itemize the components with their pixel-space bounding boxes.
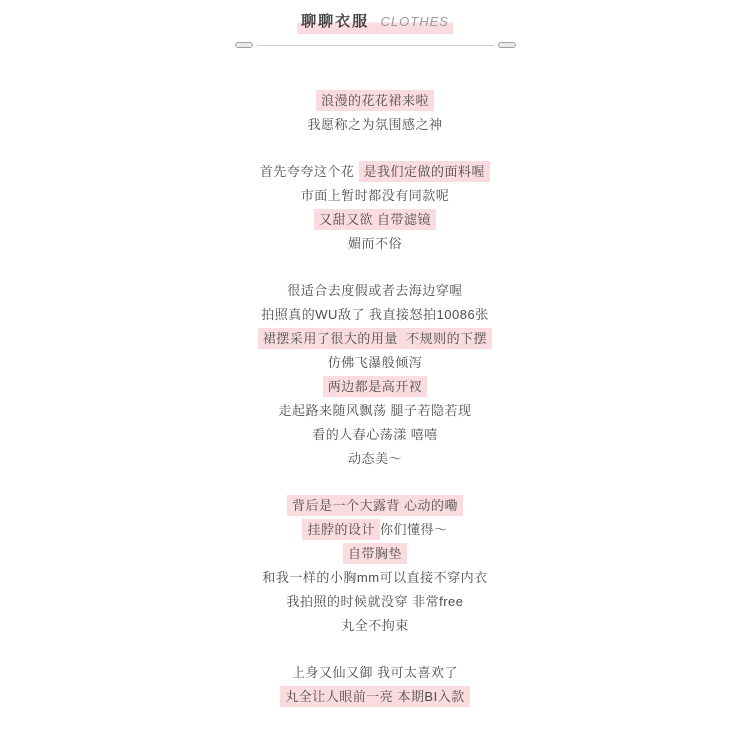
text-line: 丸全让人眼前一亮 本期BI入款 bbox=[0, 685, 750, 709]
text-line: 裙摆采用了很大的用量 不规则的下摆 bbox=[0, 327, 750, 351]
text-line: 看的人春心荡漾 嘻嘻 bbox=[0, 423, 750, 447]
section-header: 聊聊衣服 CLOTHES bbox=[0, 0, 750, 49]
highlighted-text: 自带胸垫 bbox=[343, 543, 407, 564]
plain-text: 上身又仙又御 我可太喜欢了 bbox=[292, 662, 458, 683]
description-text: 浪漫的花花裙来啦我愿称之为氛围感之神首先夸夸这个花 是我们定做的面料喔市面上暂时… bbox=[0, 89, 750, 709]
plain-text: 拍照真的WU敌了 我直接怒拍10086张 bbox=[261, 304, 488, 325]
plain-text: 我拍照的时候就没穿 非常free bbox=[286, 591, 463, 612]
plain-text: 我愿称之为氛围感之神 bbox=[307, 114, 442, 135]
text-line: 两边都是高开衩 bbox=[0, 375, 750, 399]
text-section: 首先夸夸这个花 是我们定做的面料喔市面上暂时都没有同款呢又甜又欲 自带滤镜媚而不… bbox=[0, 160, 750, 256]
plain-text: 仿佛飞瀑般倾泻 bbox=[328, 352, 423, 373]
highlighted-text: 背后是一个大露背 心动的嘞 bbox=[287, 495, 463, 516]
page-title: 聊聊衣服 bbox=[301, 13, 369, 30]
text-section: 上身又仙又御 我可太喜欢了丸全让人眼前一亮 本期BI入款 bbox=[0, 661, 750, 709]
highlighted-text: 裙摆采用了很大的用量 不规则的下摆 bbox=[258, 328, 492, 349]
text-line: 自带胸垫 bbox=[0, 542, 750, 566]
text-line: 我愿称之为氛围感之神 bbox=[0, 113, 750, 137]
text-line: 上身又仙又御 我可太喜欢了 bbox=[0, 661, 750, 685]
page-subtitle: CLOTHES bbox=[381, 14, 449, 29]
plain-text: 市面上暂时都没有同款呢 bbox=[301, 185, 450, 206]
title-line: 聊聊衣服 CLOTHES bbox=[0, 12, 750, 34]
text-line: 媚而不俗 bbox=[0, 232, 750, 256]
plain-text: 和我一样的小胸mm可以直接不穿内衣 bbox=[262, 567, 487, 588]
text-line: 丸全不拘束 bbox=[0, 614, 750, 638]
text-section: 很适合去度假或者去海边穿喔拍照真的WU敌了 我直接怒拍10086张裙摆采用了很大… bbox=[0, 279, 750, 471]
divider-rule bbox=[257, 45, 494, 46]
text-line: 市面上暂时都没有同款呢 bbox=[0, 184, 750, 208]
divider-right-cap bbox=[498, 42, 516, 48]
text-line: 背后是一个大露背 心动的嘞 bbox=[0, 494, 750, 518]
text-line: 走起路来随风飘荡 腿子若隐若现 bbox=[0, 399, 750, 423]
divider bbox=[0, 41, 750, 49]
text-line: 又甜又欲 自带滤镜 bbox=[0, 208, 750, 232]
product-description-page: 聊聊衣服 CLOTHES 浪漫的花花裙来啦我愿称之为氛围感之神首先夸夸这个花 是… bbox=[0, 0, 750, 750]
highlighted-text: 丸全让人眼前一亮 本期BI入款 bbox=[280, 686, 469, 707]
plain-text: 很适合去度假或者去海边穿喔 bbox=[287, 280, 463, 301]
plain-text: 看的人春心荡漾 嘻嘻 bbox=[312, 424, 438, 445]
text-section: 背后是一个大露背 心动的嘞挂脖的设计你们懂得～自带胸垫和我一样的小胸mm可以直接… bbox=[0, 494, 750, 638]
plain-text: 动态美～ bbox=[348, 448, 402, 469]
highlighted-text: 浪漫的花花裙来啦 bbox=[316, 90, 434, 111]
text-line: 首先夸夸这个花 是我们定做的面料喔 bbox=[0, 160, 750, 184]
text-line: 和我一样的小胸mm可以直接不穿内衣 bbox=[0, 566, 750, 590]
highlighted-text: 又甜又欲 自带滤镜 bbox=[314, 209, 436, 230]
highlighted-text: 两边都是高开衩 bbox=[323, 376, 428, 397]
plain-text: 媚而不俗 bbox=[348, 233, 402, 254]
text-line: 挂脖的设计你们懂得～ bbox=[0, 518, 750, 542]
plain-text: 走起路来随风飘荡 腿子若隐若现 bbox=[278, 400, 471, 421]
plain-text: 首先夸夸这个花 bbox=[260, 161, 359, 182]
text-line: 浪漫的花花裙来啦 bbox=[0, 89, 750, 113]
text-line: 很适合去度假或者去海边穿喔 bbox=[0, 279, 750, 303]
plain-text: 你们懂得～ bbox=[380, 519, 448, 540]
text-line: 仿佛飞瀑般倾泻 bbox=[0, 351, 750, 375]
title-highlight: 聊聊衣服 CLOTHES bbox=[297, 12, 453, 34]
highlighted-text: 挂脖的设计 bbox=[302, 519, 380, 540]
highlighted-text: 是我们定做的面料喔 bbox=[359, 161, 491, 182]
divider-left-cap bbox=[235, 42, 253, 48]
text-line: 拍照真的WU敌了 我直接怒拍10086张 bbox=[0, 303, 750, 327]
text-line: 动态美～ bbox=[0, 447, 750, 471]
text-line: 我拍照的时候就没穿 非常free bbox=[0, 590, 750, 614]
text-section: 浪漫的花花裙来啦我愿称之为氛围感之神 bbox=[0, 89, 750, 137]
plain-text: 丸全不拘束 bbox=[341, 615, 409, 636]
